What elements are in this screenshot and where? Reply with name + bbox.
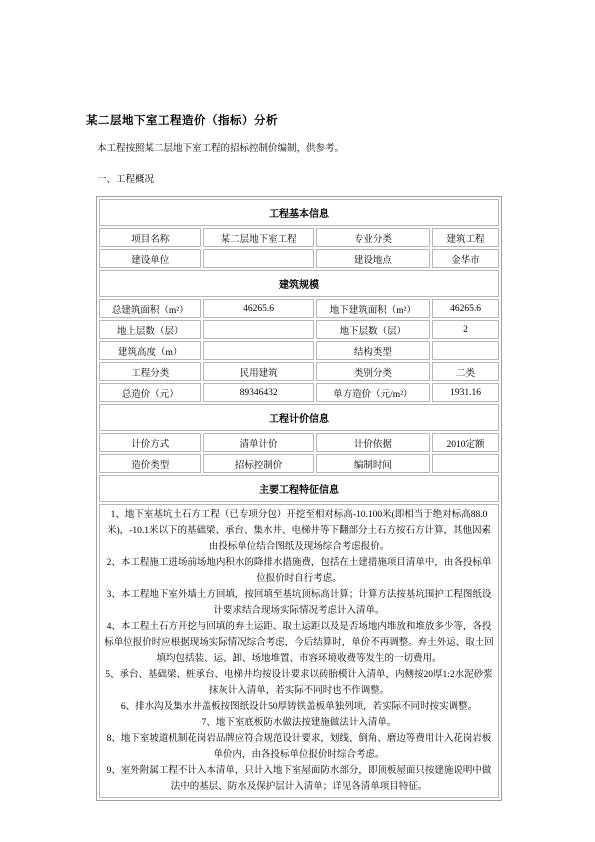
field-label: 专业分类 — [316, 228, 430, 247]
table-section-header-row: 建筑规模 — [99, 270, 499, 297]
table-row: 地上层数（层）地下层数（层）2 — [99, 320, 499, 339]
project-info-table: 工程基本信息项目名称某二层地下室工程专业分类建筑工程建设单位建设地点金华市建筑规… — [96, 196, 502, 801]
feature-note: 6、排水沟及集水井盖板按图纸设计50厚铸铁盖板单独列项，若实际不同时按实调整。 — [103, 699, 495, 715]
field-label: 建设地点 — [316, 249, 430, 268]
feature-note: 9、室外附属工程不计入本清单，只计入地下室屋面防水部分，即顶板屋面只按建施说明中… — [103, 763, 495, 795]
table-row: 计价方式清单计价计价依据2010定额 — [99, 433, 499, 452]
table-section-header-row: 主要工程特征信息 — [99, 475, 499, 502]
field-label: 编制时间 — [316, 454, 430, 473]
field-value: 46265.6 — [432, 299, 499, 318]
page-title: 某二层地下室工程造价（指标）分析 — [0, 0, 595, 128]
feature-note: 4、本工程土石方开挖与回填的弃土运距、取土运距以及是否场地内堆放和堆放多少等，各… — [103, 619, 495, 667]
table-row: 建筑高度（m）结构类型 — [99, 341, 499, 360]
field-label: 总造价（元） — [99, 383, 201, 402]
table-row: 工程分类民用建筑类别分类二类 — [99, 362, 499, 381]
field-value — [203, 341, 313, 360]
feature-note: 8、地下室坡道机制花岗岩品牌应符合规范设计要求，划线、倒角、磨边等费用计入花岗岩… — [103, 731, 495, 763]
feature-notes-cell: 1、地下室基坑土石方工程（已专项分包）开挖至相对标高-10.100米(即相当于绝… — [99, 504, 499, 798]
field-label: 计价方式 — [99, 433, 201, 452]
table-row: 造价类型招标控制价编制时间 — [99, 454, 499, 473]
field-value — [432, 454, 499, 473]
table-row: 项目名称某二层地下室工程专业分类建筑工程 — [99, 228, 499, 247]
field-value: 2010定额 — [432, 433, 499, 452]
field-value: 46265.6 — [203, 299, 313, 318]
feature-notes-row: 1、地下室基坑土石方工程（已专项分包）开挖至相对标高-10.100米(即相当于绝… — [99, 504, 499, 798]
field-value — [432, 341, 499, 360]
field-value: 清单计价 — [203, 433, 313, 452]
table-section-header: 工程计价信息 — [99, 404, 499, 431]
feature-note: 2、本工程施工进场前场地内积水的降排水措施费，包括在土建措施项目清单中，由各投标… — [103, 555, 495, 587]
field-label: 建设单位 — [99, 249, 201, 268]
field-label: 地上层数（层） — [99, 320, 201, 339]
feature-note: 3、本工程地下室外墙土方回填，按回填至基坑顶标高计算；计算方法按基坑围护工程图纸… — [103, 587, 495, 619]
feature-note: 1、地下室基坑土石方工程（已专项分包）开挖至相对标高-10.100米(即相当于绝… — [103, 507, 495, 555]
table-section-header-row: 工程基本信息 — [99, 199, 499, 226]
field-label: 工程分类 — [99, 362, 201, 381]
field-label: 地下建筑面积（m²） — [316, 299, 430, 318]
field-value: 民用建筑 — [203, 362, 313, 381]
section-heading: 一、工程概况 — [0, 171, 595, 185]
field-value: 89346432 — [203, 383, 313, 402]
field-label: 计价依据 — [316, 433, 430, 452]
field-label: 总建筑面积（m²） — [99, 299, 201, 318]
table-section-header: 工程基本信息 — [99, 199, 499, 226]
table-section-header: 建筑规模 — [99, 270, 499, 297]
feature-note: 5、承台、基础梁、桩承台、电梯井均按设计要求以砖胎模计入清单，内侧按20厚1:2… — [103, 667, 495, 699]
project-table-body: 工程基本信息项目名称某二层地下室工程专业分类建筑工程建设单位建设地点金华市建筑规… — [99, 199, 499, 798]
field-value: 某二层地下室工程 — [203, 228, 313, 247]
table-section-header-row: 工程计价信息 — [99, 404, 499, 431]
field-value: 建筑工程 — [432, 228, 499, 247]
field-value: 2 — [432, 320, 499, 339]
field-value — [203, 320, 313, 339]
table-row: 建设单位建设地点金华市 — [99, 249, 499, 268]
field-label: 类别分类 — [316, 362, 430, 381]
table-row: 总造价（元）89346432单方造价（元/m²）1931.16 — [99, 383, 499, 402]
field-value: 招标控制价 — [203, 454, 313, 473]
field-label: 单方造价（元/m²） — [316, 383, 430, 402]
field-value: 1931.16 — [432, 383, 499, 402]
field-label: 造价类型 — [99, 454, 201, 473]
table-section-header: 主要工程特征信息 — [99, 475, 499, 502]
field-label: 项目名称 — [99, 228, 201, 247]
field-label: 建筑高度（m） — [99, 341, 201, 360]
table-row: 总建筑面积（m²）46265.6地下建筑面积（m²）46265.6 — [99, 299, 499, 318]
document-page: 某二层地下室工程造价（指标）分析 本工程按照某二层地下室工程的招标控制价编制，供… — [0, 0, 595, 842]
field-label: 结构类型 — [316, 341, 430, 360]
field-value — [203, 249, 313, 268]
field-label: 地下层数（层） — [316, 320, 430, 339]
feature-note: 7、地下室底板防水做法按建施做法计入清单。 — [103, 715, 495, 731]
intro-paragraph: 本工程按照某二层地下室工程的招标控制价编制，供参考。 — [0, 140, 595, 154]
field-value: 金华市 — [432, 249, 499, 268]
field-value: 二类 — [432, 362, 499, 381]
